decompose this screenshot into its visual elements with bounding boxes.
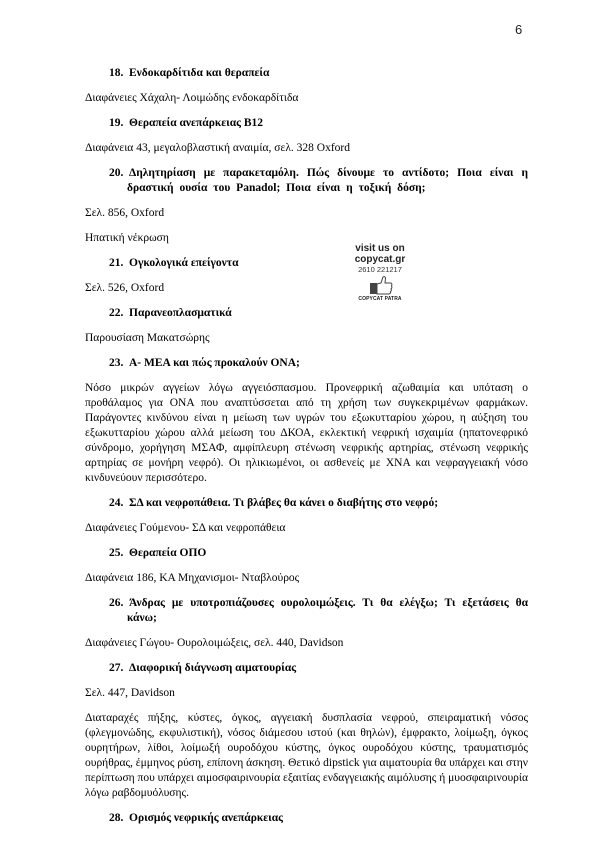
section-text: Σελ. 447, Davidson [85, 686, 528, 701]
section-text: Νόσο μικρών αγγείων λόγω αγγειόσπασμου. … [85, 381, 528, 486]
section-title: Α- ΜΕΑ και πώς προκαλούν ΟΝΑ; [129, 357, 300, 369]
section-number: 28. [109, 811, 129, 826]
section-text: Διαφάνειες Γούμενου- ΣΔ και νεφροπάθεια [85, 521, 528, 536]
section-text: Διαφάνεια 43, μεγαλοβλαστική αναιμία, σε… [85, 141, 528, 156]
section-heading-26: 26.Άνδρας με υποτροπιάζουσες ουρολοιμώξε… [85, 596, 528, 626]
section-text: Διαταραχές πήξης, κύστες, όγκος, αγγειακ… [85, 711, 528, 801]
section-number: 21. [109, 256, 129, 271]
section-heading-18: 18.Ενδοκαρδίτιδα και θεραπεία [85, 66, 528, 81]
document-body: 18.Ενδοκαρδίτιδα και θεραπεία Διαφάνειες… [85, 66, 528, 836]
watermark-line2: copycat.gr [347, 254, 413, 265]
copycat-watermark: visit us on copycat.gr 2610 221217 COPYC… [347, 243, 413, 303]
section-number: 27. [109, 661, 129, 676]
section-text: Σελ. 526, Oxford [85, 281, 528, 296]
section-text: Ηπατική νέκρωση [85, 231, 528, 246]
section-title: Ορισμός νεφρικής ανεπάρκειας [129, 812, 283, 824]
section-text: Παρουσίαση Μακατσώρης [85, 331, 528, 346]
section-heading-24: 24.ΣΔ και νεφροπάθεια. Τι βλάβες θα κάνε… [85, 496, 528, 511]
section-title: Θεραπεία ανεπάρκειας Β12 [129, 117, 263, 129]
watermark-phone: 2610 221217 [347, 265, 413, 274]
section-heading-20: 20.Δηλητηρίαση με παρακεταμόλη. Πώς δίνο… [85, 166, 528, 196]
watermark-line1: visit us on [347, 243, 413, 254]
section-heading-27: 27.Διαφορική διάγνωση αιματουρίας [85, 661, 528, 676]
section-number: 24. [109, 496, 129, 511]
section-number: 20. [109, 166, 129, 181]
section-heading-23: 23.Α- ΜΕΑ και πώς προκαλούν ΟΝΑ; [85, 356, 528, 371]
thumbs-up-icon [366, 275, 394, 295]
section-text: Διαφάνειες Χάχαλη- Λοιμώδης ενδοκαρδίτιδ… [85, 91, 528, 106]
section-heading-19: 19.Θεραπεία ανεπάρκειας Β12 [85, 116, 528, 131]
section-title: Διαφορική διάγνωση αιματουρίας [129, 662, 296, 674]
section-title: ΣΔ και νεφροπάθεια. Τι βλάβες θα κάνει ο… [129, 497, 438, 509]
section-title: Παρανεοπλασματικά [129, 307, 232, 319]
section-number: 25. [109, 546, 129, 561]
section-number: 26. [109, 596, 129, 611]
page-number: 6 [515, 22, 522, 37]
section-text: Διαφάνεια 186, ΚΑ Μηχανισμοι- Νταβλούρος [85, 571, 528, 586]
watermark-brand: COPYCAT PATRA [347, 296, 413, 303]
section-number: 22. [109, 306, 129, 321]
section-text: Διαφάνειες Γώγου- Ουρολοιμώξεις, σελ. 44… [85, 636, 528, 651]
section-heading-22: 22.Παρανεοπλασματικά [85, 306, 528, 321]
section-title: Ογκολογικά επείγοντα [129, 257, 239, 269]
section-heading-25: 25.Θεραπεία ΟΠΟ [85, 546, 528, 561]
section-text: Σελ. 856, Oxford [85, 206, 528, 221]
section-number: 23. [109, 356, 129, 371]
section-title: Άνδρας με υποτροπιάζουσες ουρολοιμώξεις.… [127, 597, 528, 624]
section-number: 18. [109, 66, 129, 81]
section-heading-28: 28.Ορισμός νεφρικής ανεπάρκειας [85, 811, 528, 826]
section-heading-21: 21.Ογκολογικά επείγοντα [85, 256, 528, 271]
section-title: Ενδοκαρδίτιδα και θεραπεία [129, 67, 269, 79]
section-title: Θεραπεία ΟΠΟ [129, 547, 206, 559]
section-title: Δηλητηρίαση με παρακεταμόλη. Πώς δίνουμε… [127, 167, 528, 194]
section-number: 19. [109, 116, 129, 131]
